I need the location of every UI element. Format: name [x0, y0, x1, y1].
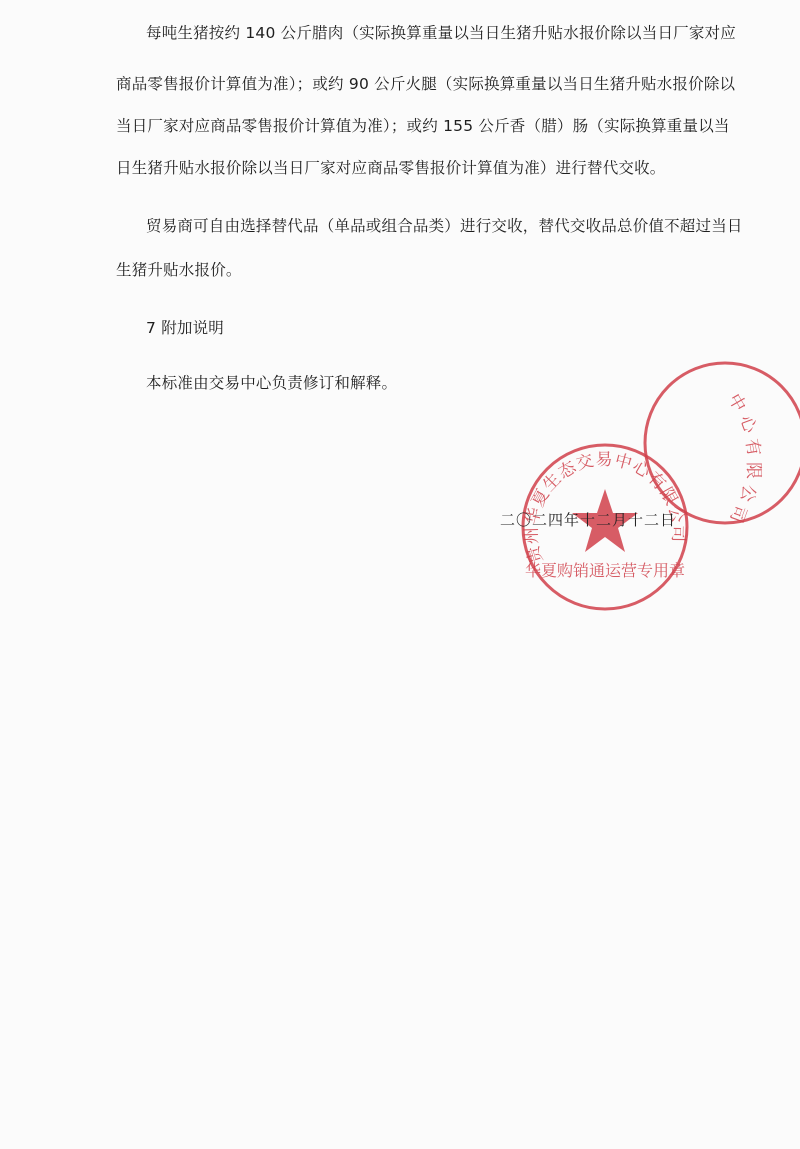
svg-text:心: 心 — [735, 413, 760, 437]
paragraph-line: 当日厂家对应商品零售报价计算值为准）；或约 155 公斤香（腊）肠（实际换算重量… — [116, 116, 730, 136]
paragraph-line: 每吨生猪按约 140 公斤腊肉（实际换算重量以当日生猪升贴水报价除以当日厂家对应 — [146, 23, 736, 43]
paragraph-line: 商品零售报价计算值为准）；或约 90 公斤火腿（实际换算重量以当日生猪升贴水报价… — [116, 74, 735, 94]
seal-inner-text: 华夏购销通运营专用章 — [525, 561, 685, 580]
svg-text:公: 公 — [736, 483, 759, 503]
paragraph-line: 本标准由交易中心负责修订和解释。 — [146, 373, 397, 393]
document-page: 每吨生猪按约 140 公斤腊肉（实际换算重量以当日生猪升贴水报价除以当日厂家对应… — [0, 0, 800, 1149]
svg-text:中: 中 — [724, 391, 750, 416]
paragraph-line: 贸易商可自由选择替代品（单品或组合品类）进行交收，替代交收品总价值不超过当日 — [146, 216, 743, 236]
document-date: 二〇二四年十二月十二日 — [500, 509, 676, 530]
svg-text:限: 限 — [743, 462, 763, 479]
svg-text:有: 有 — [741, 437, 764, 457]
paragraph-line: 生猪升贴水报价。 — [116, 260, 242, 280]
paragraph-line: 日生猪升贴水报价除以当日厂家对应商品零售报价计算值为准）进行替代交收。 — [116, 158, 666, 178]
section-heading: 7 附加说明 — [146, 318, 224, 338]
